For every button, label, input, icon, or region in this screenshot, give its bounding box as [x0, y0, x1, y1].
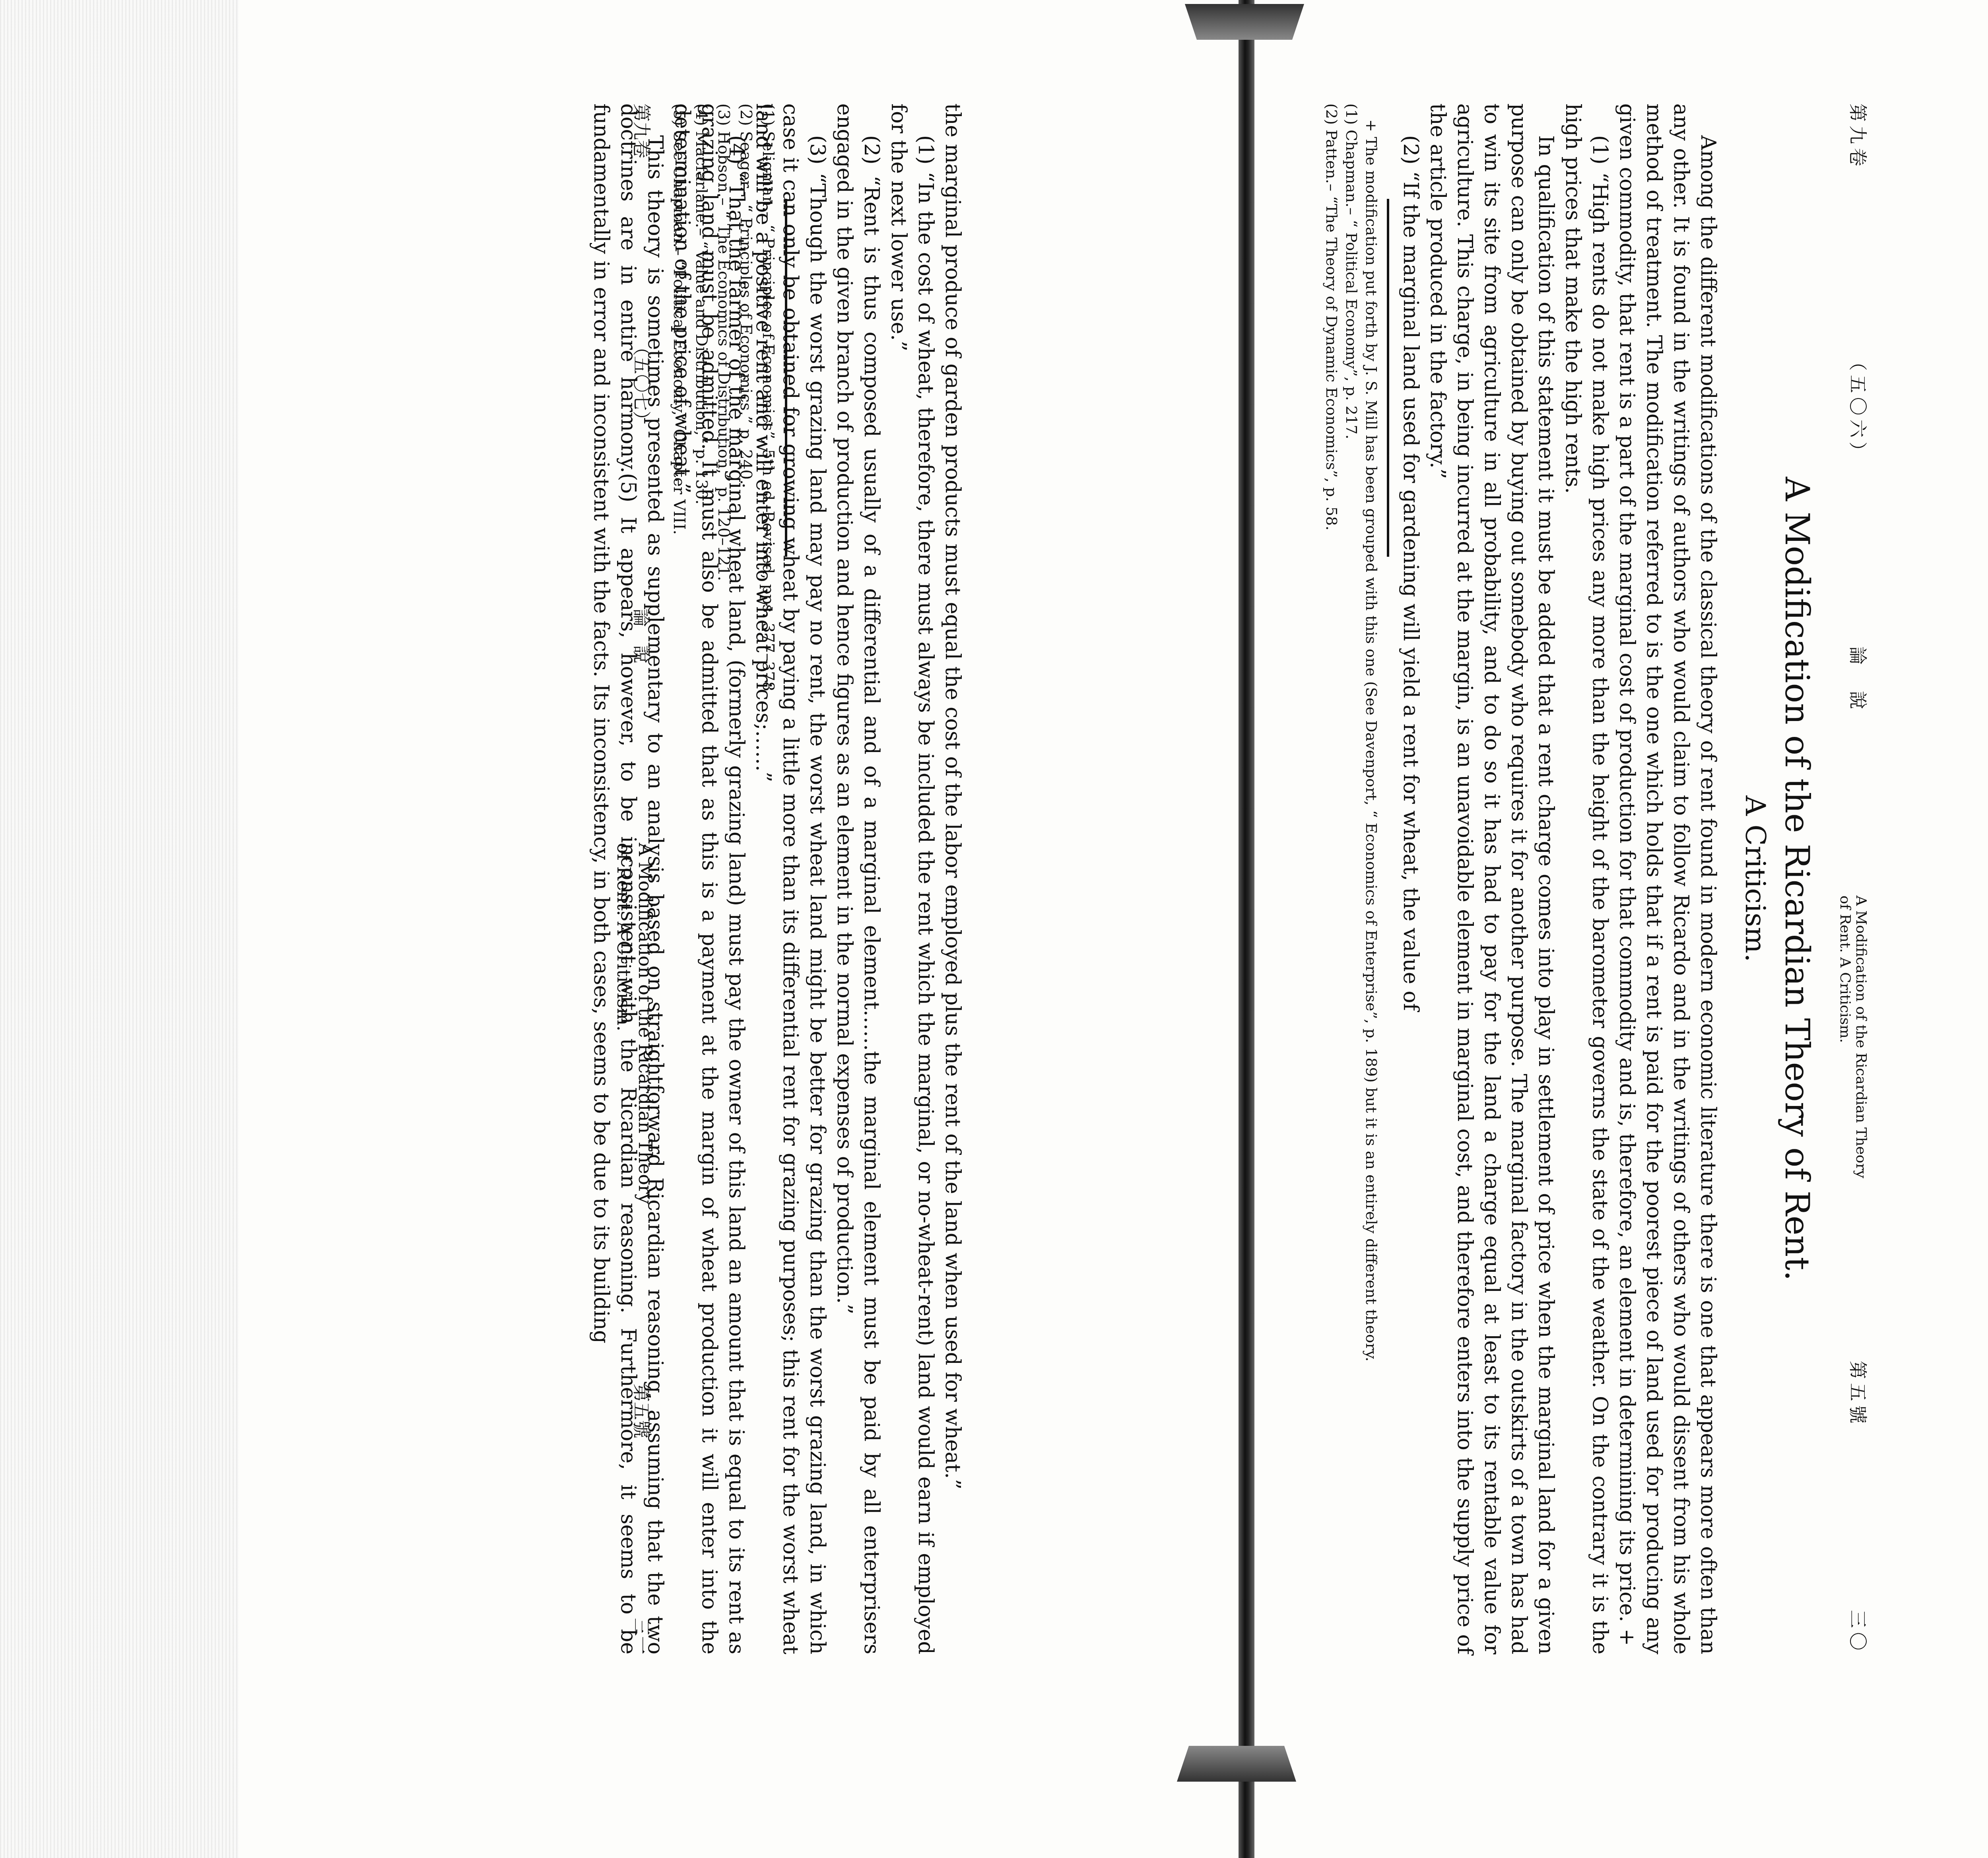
volume-label: 第九卷: [613, 103, 656, 158]
running-head: A Modification of the Ricardian Theory o…: [613, 843, 656, 1204]
binding-clip-bottom: [1177, 1746, 1296, 1782]
binding-clip-top: [1185, 4, 1304, 40]
running-head: A Modification of the Ricardian Theory o…: [1837, 896, 1869, 1178]
article-title: A Modification of the Ricardian Theory o…: [1777, 103, 1817, 1654]
issue-label: 第五號: [1847, 1360, 1869, 1427]
footnote: (3) Hobson.– “ The Economics of Distribu…: [712, 103, 735, 1654]
paragraph: the marginal produce of garden products …: [939, 103, 966, 1654]
footnote: (1) Seligman.– “ Principles of Economics…: [757, 103, 779, 1654]
right-page: 第九卷 （五〇六） 論 說 A Modification of the Rica…: [1272, 103, 1869, 1654]
footnote: (2) Patten.– “The Theory of Dynamic Econ…: [1322, 103, 1342, 1654]
book-gutter: [1239, 0, 1254, 1858]
paragraph: (2) “Rent is thus composed usually of a …: [831, 103, 885, 1654]
article-subtitle: A Criticism.: [1738, 103, 1773, 1654]
left-page-footnotes: (1) Seligman.– “ Principles of Economics…: [239, 103, 795, 1654]
footnote: (5) See Chapman.– “Political Economy,” C…: [668, 103, 690, 1654]
page-edge-left: [0, 0, 239, 1858]
footnote: (1) Chapman.– “ Political Economy”, p. 2…: [1342, 103, 1361, 1654]
scanned-book-spread: 第九卷 （五〇六） 論 說 A Modification of the Rica…: [0, 0, 1988, 1858]
page-number-cjk: （五〇七）: [613, 338, 656, 429]
page-footer: 第九卷 （五〇七） 論 說 A Modification of the Rica…: [613, 103, 656, 1654]
paragraph: (2) “If the marginal land used for garde…: [1397, 103, 1424, 1654]
section-label: 論 說: [1847, 646, 1869, 713]
page-number: 三〇: [1847, 1610, 1869, 1654]
volume-label: 第九卷: [1847, 103, 1869, 170]
page-number-cjk: （五〇六）: [1847, 353, 1869, 464]
paragraph: (1) “In the cost of wheat, therefore, th…: [885, 103, 939, 1654]
paragraph: Among the different modifications of the…: [1613, 103, 1722, 1654]
issue-label: 第五號: [613, 1384, 656, 1438]
footnote-rule: [785, 199, 787, 557]
footnote: (4) Macfarlane.– “Value and Distribution…: [690, 103, 712, 1654]
footnote-rule: [1387, 199, 1389, 557]
paragraph: In qualification of this statement it mu…: [1424, 103, 1559, 1654]
page-number: 三一: [613, 1618, 656, 1654]
footnote: (2) Seager.– “ Principles of Economics,”…: [735, 103, 757, 1654]
footnote: + The modification put forth by J. S. Mi…: [1361, 103, 1381, 1654]
page-header: 第九卷 （五〇六） 論 說 A Modification of the Rica…: [1825, 103, 1869, 1654]
section-label: 論 說: [613, 608, 656, 663]
paragraph: (1) “High rents do not make high prices …: [1559, 103, 1613, 1654]
